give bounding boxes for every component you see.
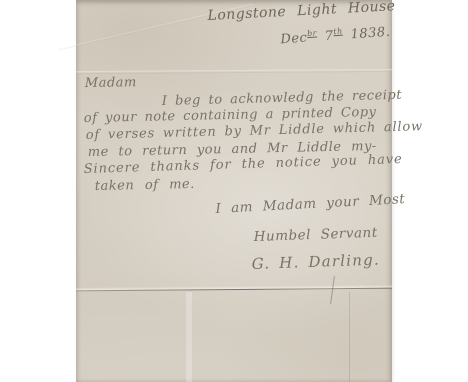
date-month-superscript: br	[307, 28, 318, 38]
vertical-crease-light	[186, 292, 192, 382]
closing-line-1: I am Madam your Most	[215, 191, 405, 217]
vertical-crease	[349, 292, 350, 382]
scan-background: Longstone Light House Decbr 7th 1838. Ma…	[0, 0, 468, 382]
letter-paper: Longstone Light House Decbr 7th 1838. Ma…	[76, 0, 392, 382]
letterhead-date: Decbr 7th 1838.	[280, 23, 391, 47]
date-year: 1838.	[342, 25, 390, 43]
upper-crease	[76, 69, 392, 74]
letterhead-location: Longstone Light House	[207, 0, 396, 24]
closing-line-2: Humbel Servant	[253, 225, 377, 245]
date-month: Dec	[280, 30, 308, 47]
date-day: 7	[317, 29, 334, 45]
body-line-6: taken of me.	[95, 177, 195, 194]
signature: G. H. Darling.	[251, 251, 380, 273]
salutation: Madam	[85, 75, 137, 91]
fold-crease	[76, 285, 392, 294]
